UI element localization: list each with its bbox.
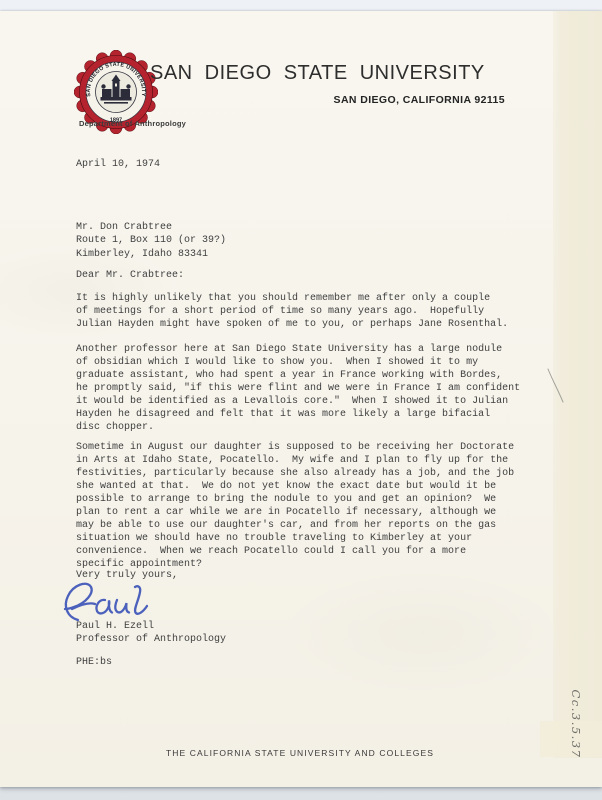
handwritten-signature (62, 579, 148, 625)
reference-initials: PHE:bs (76, 656, 596, 669)
scanned-letter-page: Cc.3.5.37 SAN DIEGO STATE U (0, 0, 602, 800)
letterhead-university-name: SAN DIEGO STATE UNIVERSITY (150, 62, 485, 85)
letterhead-department: Department of Anthropology (79, 119, 186, 128)
csu-system-footer: THE CALIFORNIA STATE UNIVERSITY AND COLL… (110, 748, 490, 758)
body-paragraph-1: It is highly unlikely that you should re… (76, 292, 596, 331)
letterhead-city-zip: SAN DIEGO, CALIFORNIA 92115 (150, 94, 505, 106)
complimentary-closing: Very truly yours, (76, 569, 596, 582)
body-paragraph-3: Sometime in August our daughter is suppo… (76, 441, 596, 571)
signer-title: Professor of Anthropology (76, 633, 596, 646)
recipient-address-block: Mr. Don Crabtree Route 1, Box 110 (or 39… (76, 221, 596, 261)
catalog-number-annotation: Cc.3.5.37 (567, 687, 583, 761)
salutation: Dear Mr. Crabtree: (76, 269, 596, 282)
letter-date: April 10, 1974 (76, 158, 596, 171)
body-paragraph-2: Another professor here at San Diego Stat… (76, 343, 596, 434)
signer-name: Paul H. Ezell (76, 620, 596, 633)
